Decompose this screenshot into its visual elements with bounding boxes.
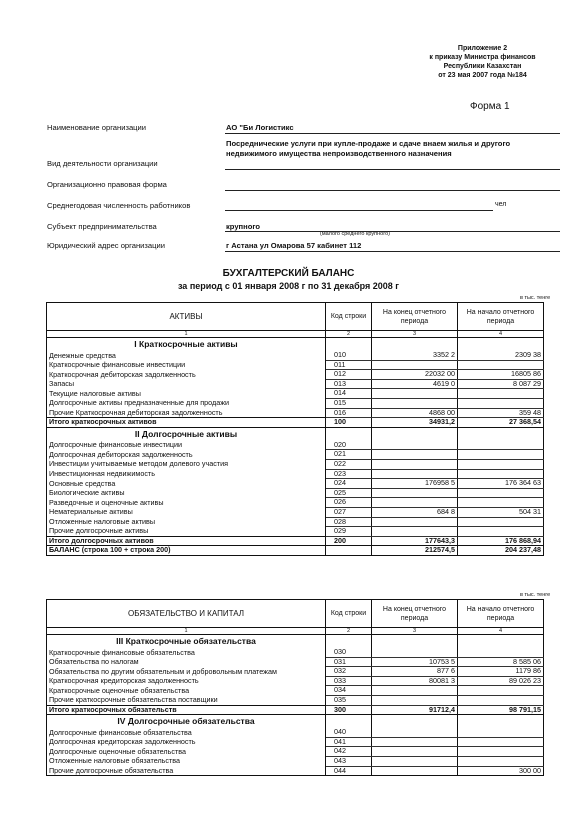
appendix-line: к приказу Министра финансов bbox=[395, 53, 570, 62]
appendix-line: Приложение 2 bbox=[395, 44, 570, 53]
start-period-value bbox=[458, 756, 544, 766]
activity-label: Вид деятельности организации bbox=[47, 159, 158, 168]
col-number: 1 bbox=[47, 628, 326, 635]
activity-value: Посреднические услуги при купле-продаже … bbox=[226, 139, 546, 159]
underline bbox=[225, 169, 560, 170]
appendix-note: Приложение 2 к приказу Министра финансов… bbox=[395, 44, 570, 80]
row-code: 034 bbox=[326, 686, 372, 696]
row-label: Денежные средства bbox=[47, 351, 326, 360]
empty-cell bbox=[326, 338, 372, 352]
end-period-value bbox=[372, 450, 458, 460]
row-label: Отложенные налоговые обязательства bbox=[47, 756, 326, 766]
table-row: Долгосрочные оценочные обязательства042 bbox=[47, 747, 544, 757]
underline bbox=[225, 210, 493, 211]
total-start-value: 98 791,15 bbox=[458, 705, 544, 715]
end-period-value bbox=[372, 747, 458, 757]
entity-size-label: Субъект предпринимательства bbox=[47, 222, 157, 231]
end-period-value: 80081 3 bbox=[372, 676, 458, 686]
start-period-value bbox=[458, 459, 544, 469]
col-number: 4 bbox=[458, 628, 544, 635]
row-label: Долгосрочная кредиторская задолженность bbox=[47, 737, 326, 747]
address-value: г Астана ул Омарова 57 кабинет 112 bbox=[226, 241, 361, 250]
table-row: Краткосрочные финансовые инвестиции011 bbox=[47, 360, 544, 370]
end-period-value bbox=[372, 728, 458, 737]
row-label: Краткосрочные финансовые инвестиции bbox=[47, 360, 326, 370]
row-code: 028 bbox=[326, 517, 372, 527]
row-label: Инвестиции учитываемые методом долевого … bbox=[47, 459, 326, 469]
start-period-header: На начало отчетного периода bbox=[458, 303, 544, 331]
section-title: III Краткосрочные обязательства bbox=[47, 635, 326, 649]
liabilities-body: III Краткосрочные обязательстваКраткосро… bbox=[47, 635, 544, 776]
row-code: 020 bbox=[326, 441, 372, 450]
col-number: 1 bbox=[47, 331, 326, 338]
total-code: 300 bbox=[326, 705, 372, 715]
table-row: Денежные средства0103352 22309 38 bbox=[47, 351, 544, 360]
end-period-value bbox=[372, 648, 458, 657]
start-period-value bbox=[458, 695, 544, 705]
table-row: Прочие долгосрочные активы029 bbox=[47, 527, 544, 537]
start-period-value bbox=[458, 648, 544, 657]
start-period-value bbox=[458, 441, 544, 450]
total-label: Итого краткосрочных обязательств bbox=[47, 705, 326, 715]
start-period-value: 176 364 63 bbox=[458, 479, 544, 489]
start-period-value: 1179 86 bbox=[458, 667, 544, 677]
table-row: Основные средства024176958 5176 364 63 bbox=[47, 479, 544, 489]
row-label: Долгосрочные финансовые обязательства bbox=[47, 728, 326, 737]
empty-cell bbox=[326, 635, 372, 649]
document-title: БУХГАЛТЕРСКИЙ БАЛАНС bbox=[0, 268, 577, 279]
balance-end-value: 212574,5 bbox=[372, 546, 458, 556]
employees-unit: чел bbox=[495, 201, 506, 208]
org-name-label: Наименование организации bbox=[47, 123, 146, 132]
section-header-row: III Краткосрочные обязательства bbox=[47, 635, 544, 649]
table-row: Краткосрочная дебиторская задолженность0… bbox=[47, 370, 544, 380]
total-row: Итого краткосрочных обязательств30091712… bbox=[47, 705, 544, 715]
units-note: в тыс. тенге bbox=[520, 295, 550, 301]
table-row: Инвестиции учитываемые методом долевого … bbox=[47, 459, 544, 469]
assets-body: I Краткосрочные активыДенежные средства0… bbox=[47, 338, 544, 556]
row-label: Основные средства bbox=[47, 479, 326, 489]
table-row: Прочие краткосрочные обязательства поста… bbox=[47, 695, 544, 705]
table-row: Долгосрочная кредиторская задолженность0… bbox=[47, 737, 544, 747]
start-period-value bbox=[458, 686, 544, 696]
code-header: Код строки bbox=[326, 600, 372, 628]
table-row: Краткосрочная кредиторская задолженность… bbox=[47, 676, 544, 686]
table-row: Прочие долгосрочные обязательства044300 … bbox=[47, 766, 544, 776]
end-period-value bbox=[372, 498, 458, 508]
legal-form-label: Организационно правовая форма bbox=[47, 180, 167, 189]
table-row: Долгосрочные финансовые обязательства040 bbox=[47, 728, 544, 737]
row-code: 011 bbox=[326, 360, 372, 370]
end-period-value bbox=[372, 527, 458, 537]
row-label: Долгосрочные оценочные обязательства bbox=[47, 747, 326, 757]
table-row: Краткосрочные финансовые обязательства03… bbox=[47, 648, 544, 657]
empty-cell bbox=[372, 427, 458, 441]
entity-size-value: крупного bbox=[226, 222, 260, 231]
end-period-value bbox=[372, 517, 458, 527]
row-label: Долгосрочная дебиторская задолженность bbox=[47, 450, 326, 460]
empty-cell bbox=[458, 427, 544, 441]
row-code: 010 bbox=[326, 351, 372, 360]
row-label: Долгосрочные активы предназначенные для … bbox=[47, 398, 326, 408]
section-header-row: I Краткосрочные активы bbox=[47, 338, 544, 352]
row-code: 030 bbox=[326, 648, 372, 657]
start-period-value bbox=[458, 728, 544, 737]
empty-cell bbox=[326, 715, 372, 729]
total-end-value: 91712,4 bbox=[372, 705, 458, 715]
row-label: Краткосрочная дебиторская задолженность bbox=[47, 370, 326, 380]
row-code: 013 bbox=[326, 379, 372, 389]
end-period-value bbox=[372, 441, 458, 450]
table-row: Разведочные и оценочные активы026 bbox=[47, 498, 544, 508]
start-period-value bbox=[458, 737, 544, 747]
start-period-value: 16805 86 bbox=[458, 370, 544, 380]
row-code: 012 bbox=[326, 370, 372, 380]
balance-row: БАЛАНС (строка 100 + строка 200)212574,5… bbox=[47, 546, 544, 556]
section-title: IV Долгосрочные обязательства bbox=[47, 715, 326, 729]
appendix-line: Республики Казахстан bbox=[395, 62, 570, 71]
section-title: I Краткосрочные активы bbox=[47, 338, 326, 352]
total-start-value: 27 368,54 bbox=[458, 418, 544, 428]
start-period-header: На начало отчетного периода bbox=[458, 600, 544, 628]
row-code: 042 bbox=[326, 747, 372, 757]
start-period-value: 8 087 29 bbox=[458, 379, 544, 389]
row-code: 025 bbox=[326, 488, 372, 498]
row-label: Краткосрочная кредиторская задолженность bbox=[47, 676, 326, 686]
col-number: 4 bbox=[458, 331, 544, 338]
balance-label: БАЛАНС (строка 100 + строка 200) bbox=[47, 546, 326, 556]
table-row: Долгосрочные финансовые инвестиции020 bbox=[47, 441, 544, 450]
liabilities-header: ОБЯЗАТЕЛЬСТВО И КАПИТАЛ bbox=[47, 600, 326, 628]
total-code: 100 bbox=[326, 418, 372, 428]
total-row: Итого краткосрочных активов10034931,227 … bbox=[47, 418, 544, 428]
start-period-value bbox=[458, 747, 544, 757]
underline bbox=[225, 190, 560, 191]
start-period-value bbox=[458, 498, 544, 508]
row-label: Прочие долгосрочные активы bbox=[47, 527, 326, 537]
row-code: 032 bbox=[326, 667, 372, 677]
empty-cell bbox=[458, 715, 544, 729]
row-code: 029 bbox=[326, 527, 372, 537]
total-code: 200 bbox=[326, 536, 372, 546]
row-code: 040 bbox=[326, 728, 372, 737]
row-code: 023 bbox=[326, 469, 372, 479]
start-period-value bbox=[458, 517, 544, 527]
table-row: Нематериальные активы027684 8504 31 bbox=[47, 507, 544, 517]
underline bbox=[225, 133, 560, 134]
row-code: 033 bbox=[326, 676, 372, 686]
table-row: Инвестиционная недвижимость023 bbox=[47, 469, 544, 479]
end-period-value: 22032 00 bbox=[372, 370, 458, 380]
underline bbox=[225, 231, 560, 232]
row-label: Инвестиционная недвижимость bbox=[47, 469, 326, 479]
table-row: Отложенные налоговые обязательства043 bbox=[47, 756, 544, 766]
balance-code bbox=[326, 546, 372, 556]
section-header-row: II Долгосрочные активы bbox=[47, 427, 544, 441]
end-period-value bbox=[372, 766, 458, 776]
entity-size-hint: (малого среднего крупного) bbox=[320, 231, 390, 237]
start-period-value: 300 00 bbox=[458, 766, 544, 776]
row-code: 043 bbox=[326, 756, 372, 766]
table-row: Запасы0134619 08 087 29 bbox=[47, 379, 544, 389]
row-code: 044 bbox=[326, 766, 372, 776]
liabilities-table: ОБЯЗАТЕЛЬСТВО И КАПИТАЛ Код строки На ко… bbox=[46, 599, 544, 776]
balance-start-value: 204 237,48 bbox=[458, 546, 544, 556]
start-period-value bbox=[458, 450, 544, 460]
row-label: Долгосрочные финансовые инвестиции bbox=[47, 441, 326, 450]
start-period-value bbox=[458, 488, 544, 498]
empty-cell bbox=[326, 427, 372, 441]
col-number: 3 bbox=[372, 628, 458, 635]
start-period-value bbox=[458, 389, 544, 399]
col-number: 2 bbox=[326, 628, 372, 635]
table-row: Обязательства по налогам03110753 58 585 … bbox=[47, 657, 544, 667]
end-period-value: 877 6 bbox=[372, 667, 458, 677]
row-label: Прочие долгосрочные обязательства bbox=[47, 766, 326, 776]
end-period-value bbox=[372, 737, 458, 747]
end-period-value: 684 8 bbox=[372, 507, 458, 517]
row-code: 016 bbox=[326, 408, 372, 418]
document-period: за период с 01 января 2008 г по 31 декаб… bbox=[0, 281, 577, 291]
empty-cell bbox=[458, 338, 544, 352]
row-code: 027 bbox=[326, 507, 372, 517]
assets-table: АКТИВЫ Код строки На конец отчетного пер… bbox=[46, 302, 544, 556]
units-note: в тыс. тенге bbox=[520, 592, 550, 598]
section-header-row: IV Долгосрочные обязательства bbox=[47, 715, 544, 729]
end-period-value bbox=[372, 398, 458, 408]
row-code: 024 bbox=[326, 479, 372, 489]
end-period-value: 4619 0 bbox=[372, 379, 458, 389]
code-header: Код строки bbox=[326, 303, 372, 331]
address-label: Юридический адрес организации bbox=[47, 241, 165, 250]
start-period-value: 89 026 23 bbox=[458, 676, 544, 686]
table-row: Обязательства по другим обязательным и д… bbox=[47, 667, 544, 677]
table-row: Долгосрочные активы предназначенные для … bbox=[47, 398, 544, 408]
end-period-value bbox=[372, 488, 458, 498]
end-period-value bbox=[372, 389, 458, 399]
row-code: 035 bbox=[326, 695, 372, 705]
col-number: 3 bbox=[372, 331, 458, 338]
end-period-value: 3352 2 bbox=[372, 351, 458, 360]
start-period-value: 504 31 bbox=[458, 507, 544, 517]
row-code: 031 bbox=[326, 657, 372, 667]
row-code: 041 bbox=[326, 737, 372, 747]
empty-cell bbox=[458, 635, 544, 649]
org-name-value: АО "Би Логистикс bbox=[226, 123, 294, 132]
col-number: 2 bbox=[326, 331, 372, 338]
underline bbox=[225, 251, 560, 252]
end-period-value: 176958 5 bbox=[372, 479, 458, 489]
end-period-value bbox=[372, 756, 458, 766]
end-period-header: На конец отчетного периода bbox=[372, 303, 458, 331]
start-period-value bbox=[458, 398, 544, 408]
empty-cell bbox=[372, 635, 458, 649]
row-label: Разведочные и оценочные активы bbox=[47, 498, 326, 508]
empty-cell bbox=[372, 715, 458, 729]
end-period-value bbox=[372, 686, 458, 696]
total-end-value: 34931,2 bbox=[372, 418, 458, 428]
end-period-value bbox=[372, 695, 458, 705]
row-code: 021 bbox=[326, 450, 372, 460]
row-label: Обязательства по другим обязательным и д… bbox=[47, 667, 326, 677]
row-code: 022 bbox=[326, 459, 372, 469]
table-row: Текущие налоговые активы014 bbox=[47, 389, 544, 399]
total-label: Итого краткосрочных активов bbox=[47, 418, 326, 428]
assets-header: АКТИВЫ bbox=[47, 303, 326, 331]
row-label: Обязательства по налогам bbox=[47, 657, 326, 667]
table-row: Долгосрочная дебиторская задолженность02… bbox=[47, 450, 544, 460]
row-code: 014 bbox=[326, 389, 372, 399]
row-label: Краткосрочные финансовые обязательства bbox=[47, 648, 326, 657]
end-period-value bbox=[372, 459, 458, 469]
employees-label: Среднегодовая численность работников bbox=[47, 201, 190, 210]
row-code: 026 bbox=[326, 498, 372, 508]
end-period-header: На конец отчетного периода bbox=[372, 600, 458, 628]
section-title: II Долгосрочные активы bbox=[47, 427, 326, 441]
table-row: Биологические активы025 bbox=[47, 488, 544, 498]
appendix-line: от 23 мая 2007 года №184 bbox=[395, 71, 570, 80]
empty-cell bbox=[372, 338, 458, 352]
row-label: Текущие налоговые активы bbox=[47, 389, 326, 399]
row-code: 015 bbox=[326, 398, 372, 408]
start-period-value: 2309 38 bbox=[458, 351, 544, 360]
start-period-value bbox=[458, 527, 544, 537]
row-label: Запасы bbox=[47, 379, 326, 389]
form-label: Форма 1 bbox=[470, 101, 510, 112]
row-label: Прочие краткосрочные обязательства поста… bbox=[47, 695, 326, 705]
row-label: Биологические активы bbox=[47, 488, 326, 498]
row-label: Нематериальные активы bbox=[47, 507, 326, 517]
